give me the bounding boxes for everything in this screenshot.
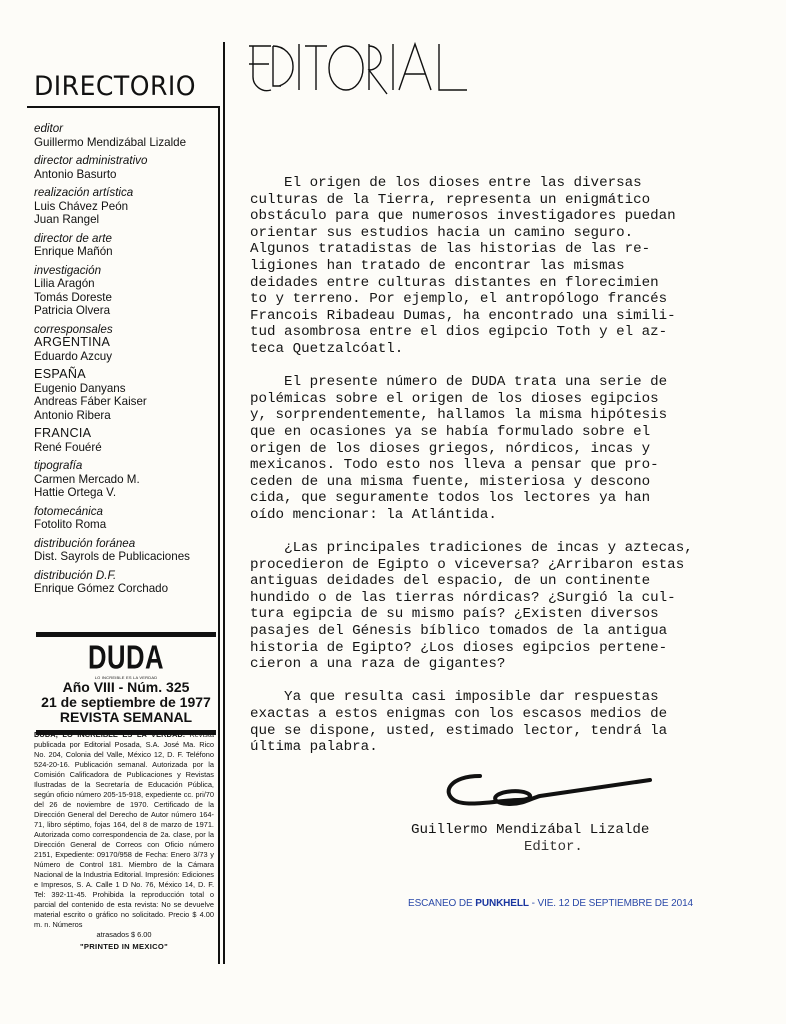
staff-group: realización artísticaLuis Chávez PeónJua… bbox=[34, 186, 218, 227]
staff-name: Luis Chávez Peón bbox=[34, 200, 218, 214]
printed-in-mexico: "PRINTED IN MEXICO" bbox=[34, 942, 214, 952]
staff-group: FRANCIARené Fouéré bbox=[34, 427, 218, 454]
editorial-paragraph: El presente número de DUDA trata una ser… bbox=[250, 374, 750, 523]
staff-role: realización artística bbox=[34, 186, 218, 200]
staff-list: editorGuillermo Mendizábal Lizaldedirect… bbox=[34, 122, 218, 601]
staff-name: Hattie Ortega V. bbox=[34, 486, 218, 500]
scan-credit-suffix: - VIE. 12 DE SEPTIEMBRE DE 2014 bbox=[529, 898, 693, 909]
directory-sidebar: DIRECTORIO editorGuillermo Mendizábal Li… bbox=[34, 70, 218, 104]
staff-role: distribución D.F. bbox=[34, 569, 218, 583]
fine-print-tail: atrasados $ 6.00 bbox=[34, 930, 214, 940]
staff-name: Enrique Gómez Corchado bbox=[34, 582, 218, 596]
staff-group: ESPAÑAEugenio DanyansAndreas Fáber Kaise… bbox=[34, 368, 218, 422]
staff-group: tipografíaCarmen Mercado M.Hattie Ortega… bbox=[34, 459, 218, 500]
staff-group: director administrativoAntonio Basurto bbox=[34, 154, 218, 181]
staff-group: investigaciónLilia AragónTomás DorestePa… bbox=[34, 264, 218, 318]
masthead-top-rule bbox=[36, 632, 216, 637]
editorial-paragraph: ¿Las principales tradiciones de incas y … bbox=[250, 540, 750, 673]
signature-icon bbox=[440, 770, 670, 820]
staff-group: distribución foráneaDist. Sayrols de Pub… bbox=[34, 537, 218, 564]
staff-group: distribución D.F.Enrique Gómez Corchado bbox=[34, 569, 218, 596]
staff-name: Carmen Mercado M. bbox=[34, 473, 218, 487]
staff-name: René Fouéré bbox=[34, 441, 218, 455]
staff-name: Patricia Olvera bbox=[34, 304, 218, 318]
staff-name: Andreas Fáber Kaiser bbox=[34, 395, 218, 409]
signer-name: Guillermo Mendizábal Lizalde bbox=[411, 822, 649, 839]
staff-country: FRANCIA bbox=[34, 427, 218, 441]
scan-credit: ESCANEO DE PUNKHELL - VIE. 12 DE SEPTIEM… bbox=[408, 898, 693, 909]
editorial-title-lettering-icon bbox=[243, 38, 483, 98]
staff-name: Tomás Doreste bbox=[34, 291, 218, 305]
fine-print-lead: DUDA, LO INCREIBLE ES LA VERDAD. bbox=[34, 730, 185, 739]
fine-print-body: Revista publicada por Editorial Posada, … bbox=[34, 730, 214, 929]
issue-number: Año VIII - Núm. 325 bbox=[34, 680, 218, 695]
staff-group: editorGuillermo Mendizábal Lizalde bbox=[34, 122, 218, 149]
staff-name: Antonio Basurto bbox=[34, 168, 218, 182]
staff-group: director de arteEnrique Mañón bbox=[34, 232, 218, 259]
staff-name: Juan Rangel bbox=[34, 213, 218, 227]
directory-title: DIRECTORIO bbox=[34, 70, 205, 104]
scan-credit-prefix: ESCANEO DE bbox=[408, 898, 475, 909]
staff-group: corresponsalesARGENTINAEduardo Azcuy bbox=[34, 323, 218, 364]
staff-role: corresponsales bbox=[34, 323, 218, 337]
sidebar-outer-rule bbox=[223, 42, 225, 964]
staff-name: Eugenio Danyans bbox=[34, 382, 218, 396]
staff-role: director de arte bbox=[34, 232, 218, 246]
editorial-body: El origen de los dioses entre las divers… bbox=[250, 175, 750, 772]
staff-name: Antonio Ribera bbox=[34, 409, 218, 423]
staff-role: tipografía bbox=[34, 459, 218, 473]
issue-date: 21 de septiembre de 1977 bbox=[34, 695, 218, 710]
staff-name: Guillermo Mendizábal Lizalde bbox=[34, 136, 218, 150]
staff-country: ARGENTINA bbox=[34, 336, 218, 350]
masthead-box: DUDA LO INCREIBLE ES LA VERDAD Año VIII … bbox=[34, 632, 218, 735]
staff-name: Dist. Sayrols de Publicaciones bbox=[34, 550, 218, 564]
staff-country: ESPAÑA bbox=[34, 368, 218, 382]
editorial-paragraph: Ya que resulta casi imposible dar respue… bbox=[250, 689, 750, 755]
duda-logo: DUDA bbox=[88, 642, 164, 672]
staff-name: Eduardo Azcuy bbox=[34, 350, 218, 364]
sidebar-inner-rule bbox=[218, 106, 220, 964]
staff-role: editor bbox=[34, 122, 218, 136]
staff-role: director administrativo bbox=[34, 154, 218, 168]
staff-role: distribución foránea bbox=[34, 537, 218, 551]
editorial-paragraph: El origen de los dioses entre las divers… bbox=[250, 175, 750, 358]
signer-title: Editor. bbox=[524, 839, 583, 855]
staff-name: Lilia Aragón bbox=[34, 277, 218, 291]
editorial-title bbox=[243, 38, 483, 98]
magazine-page: DIRECTORIO editorGuillermo Mendizábal Li… bbox=[0, 0, 786, 1024]
staff-name: Enrique Mañón bbox=[34, 245, 218, 259]
staff-name: Fotolito Roma bbox=[34, 518, 218, 532]
staff-group: fotomecánicaFotolito Roma bbox=[34, 505, 218, 532]
staff-role: investigación bbox=[34, 264, 218, 278]
legal-fine-print: DUDA, LO INCREIBLE ES LA VERDAD. Revista… bbox=[34, 730, 214, 952]
scan-credit-name: PUNKHELL bbox=[475, 898, 529, 909]
directory-title-rule bbox=[27, 106, 218, 108]
issue-frequency: REVISTA SEMANAL bbox=[34, 710, 218, 725]
staff-role: fotomecánica bbox=[34, 505, 218, 519]
